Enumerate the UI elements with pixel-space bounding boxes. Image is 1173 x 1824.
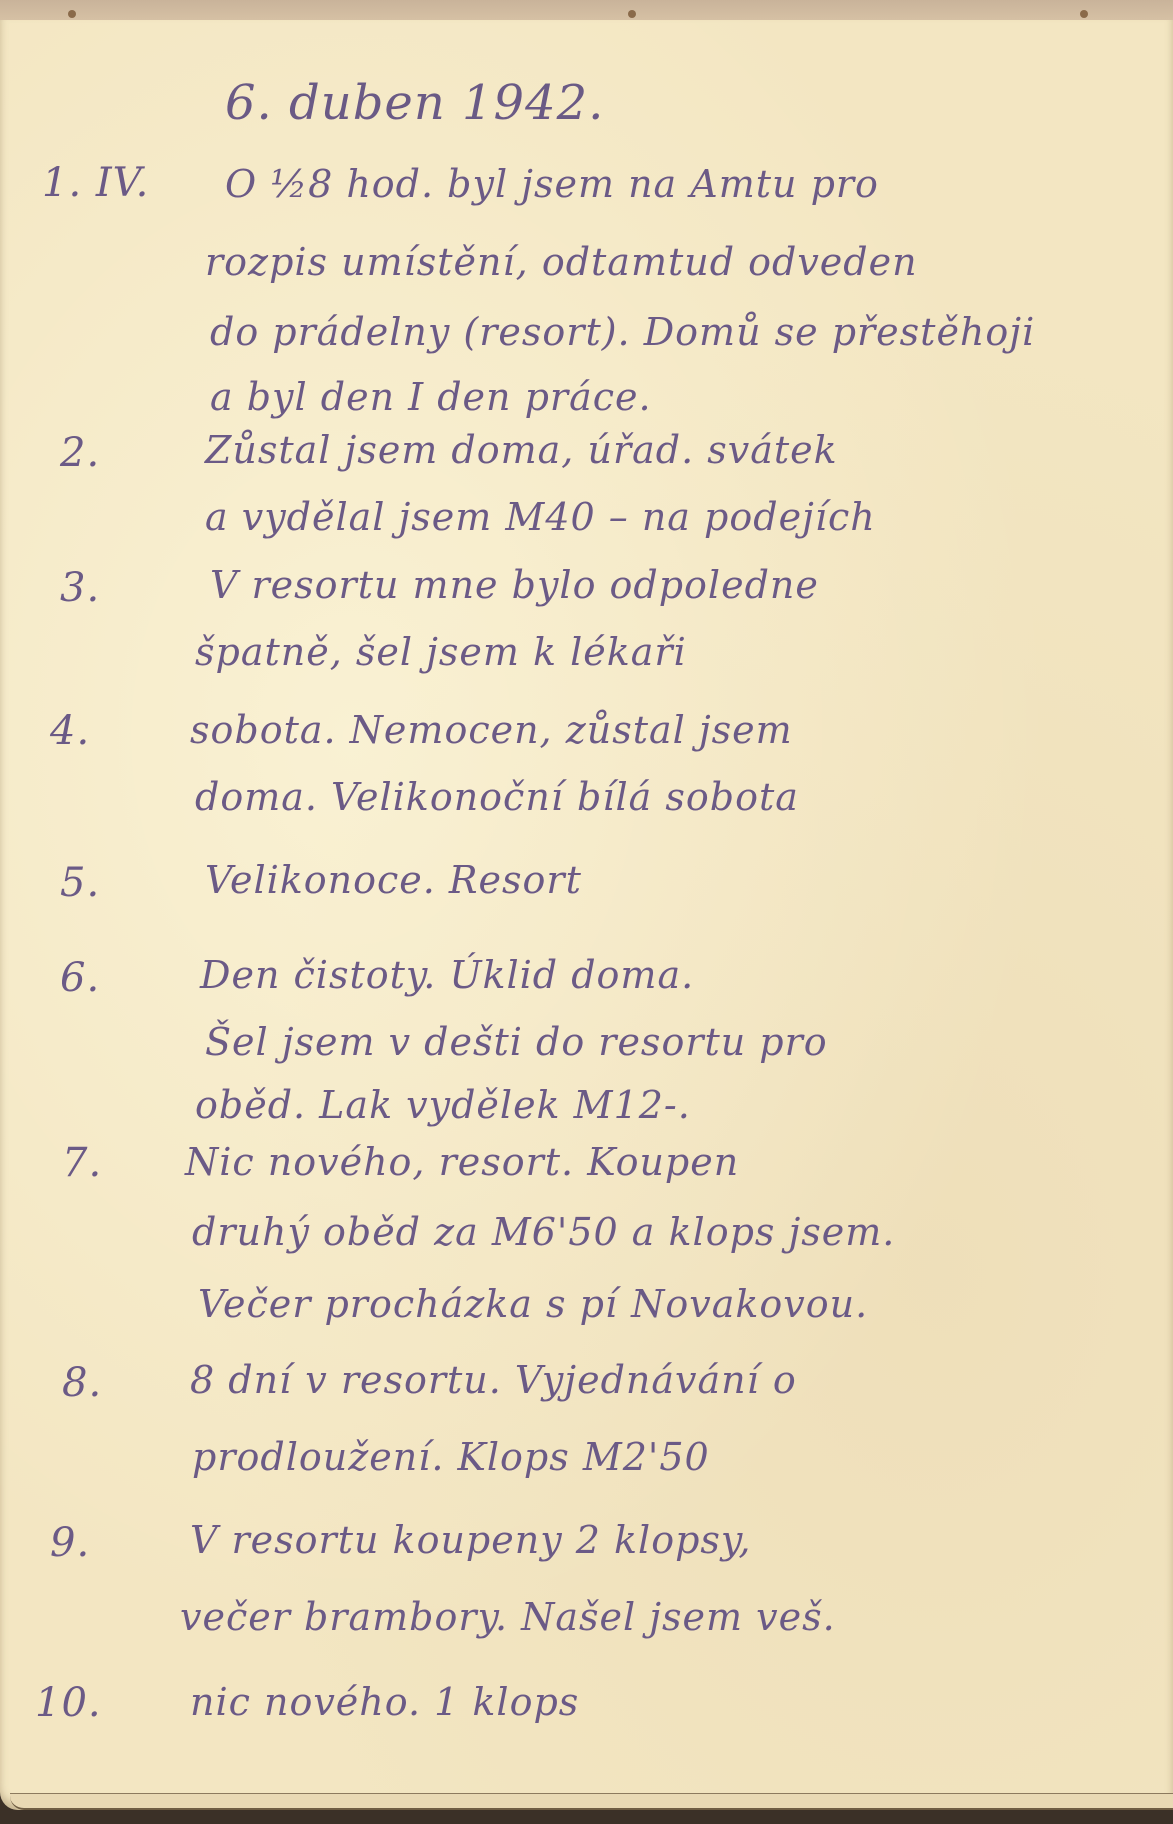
entry-line: doma. Velikonoční bílá sobota — [195, 775, 799, 819]
entry-date: 8. — [62, 1360, 102, 1406]
page-heading: 6. duben 1942. — [225, 75, 604, 131]
entry-line: špatně, šel jsem k lékaři — [195, 630, 687, 674]
entry-line: nic nového. 1 klops — [190, 1680, 579, 1724]
entry-line: sobota. Nemocen, zůstal jsem — [190, 708, 793, 752]
entry-line: oběd. Lak vydělek M12-. — [195, 1083, 691, 1127]
entry-line: V resortu mne bylo odpoledne — [210, 563, 819, 607]
entry-line: večer brambory. Našel jsem veš. — [180, 1595, 836, 1639]
entry-date: 3. — [60, 565, 100, 611]
entry-line: Zůstal jsem doma, úřad. svátek — [205, 428, 838, 472]
entry-date: 4. — [50, 708, 90, 754]
entry-date: 2. — [60, 430, 100, 476]
page-edge — [10, 1793, 1173, 1810]
entry-date: 1. IV. — [42, 160, 149, 206]
entry-line: prodloužení. Klops M2'50 — [192, 1435, 710, 1479]
entry-line: rozpis umístění, odtamtud odveden — [205, 240, 918, 284]
binding-staple — [68, 10, 76, 18]
entry-line: a byl den I den práce. — [210, 375, 652, 419]
entry-date: 9. — [50, 1520, 90, 1566]
entry-date: 10. — [35, 1680, 102, 1726]
entry-line: Večer procházka s pí Novakovou. — [198, 1282, 868, 1326]
entry-line: V resortu koupeny 2 klopsy, — [190, 1518, 751, 1562]
entry-line: do prádelny (resort). Domů se přestěhoji — [210, 310, 1035, 354]
entry-line: druhý oběd za M6'50 a klops jsem. — [192, 1210, 895, 1254]
entry-line: Nic nového, resort. Koupen — [185, 1140, 739, 1184]
entry-date: 7. — [62, 1140, 102, 1186]
entry-date: 6. — [60, 955, 100, 1001]
binding-staple — [1080, 10, 1088, 18]
entry-date: 5. — [60, 860, 100, 906]
entry-line: Šel jsem v dešti do resortu pro — [205, 1020, 828, 1064]
entry-line: Velikonoce. Resort — [205, 858, 582, 902]
entry-line: Den čistoty. Úklid doma. — [200, 953, 694, 997]
diary-page: 6. duben 1942. 1. IV. O ½8 hod. byl jsem… — [0, 20, 1173, 1810]
entry-line: O ½8 hod. byl jsem na Amtu pro — [225, 162, 879, 206]
binding-staple — [628, 10, 636, 18]
entry-line: 8 dní v resortu. Vyjednávání o — [190, 1358, 797, 1402]
entry-line: a vydělal jsem M40 – na podejích — [205, 495, 876, 539]
